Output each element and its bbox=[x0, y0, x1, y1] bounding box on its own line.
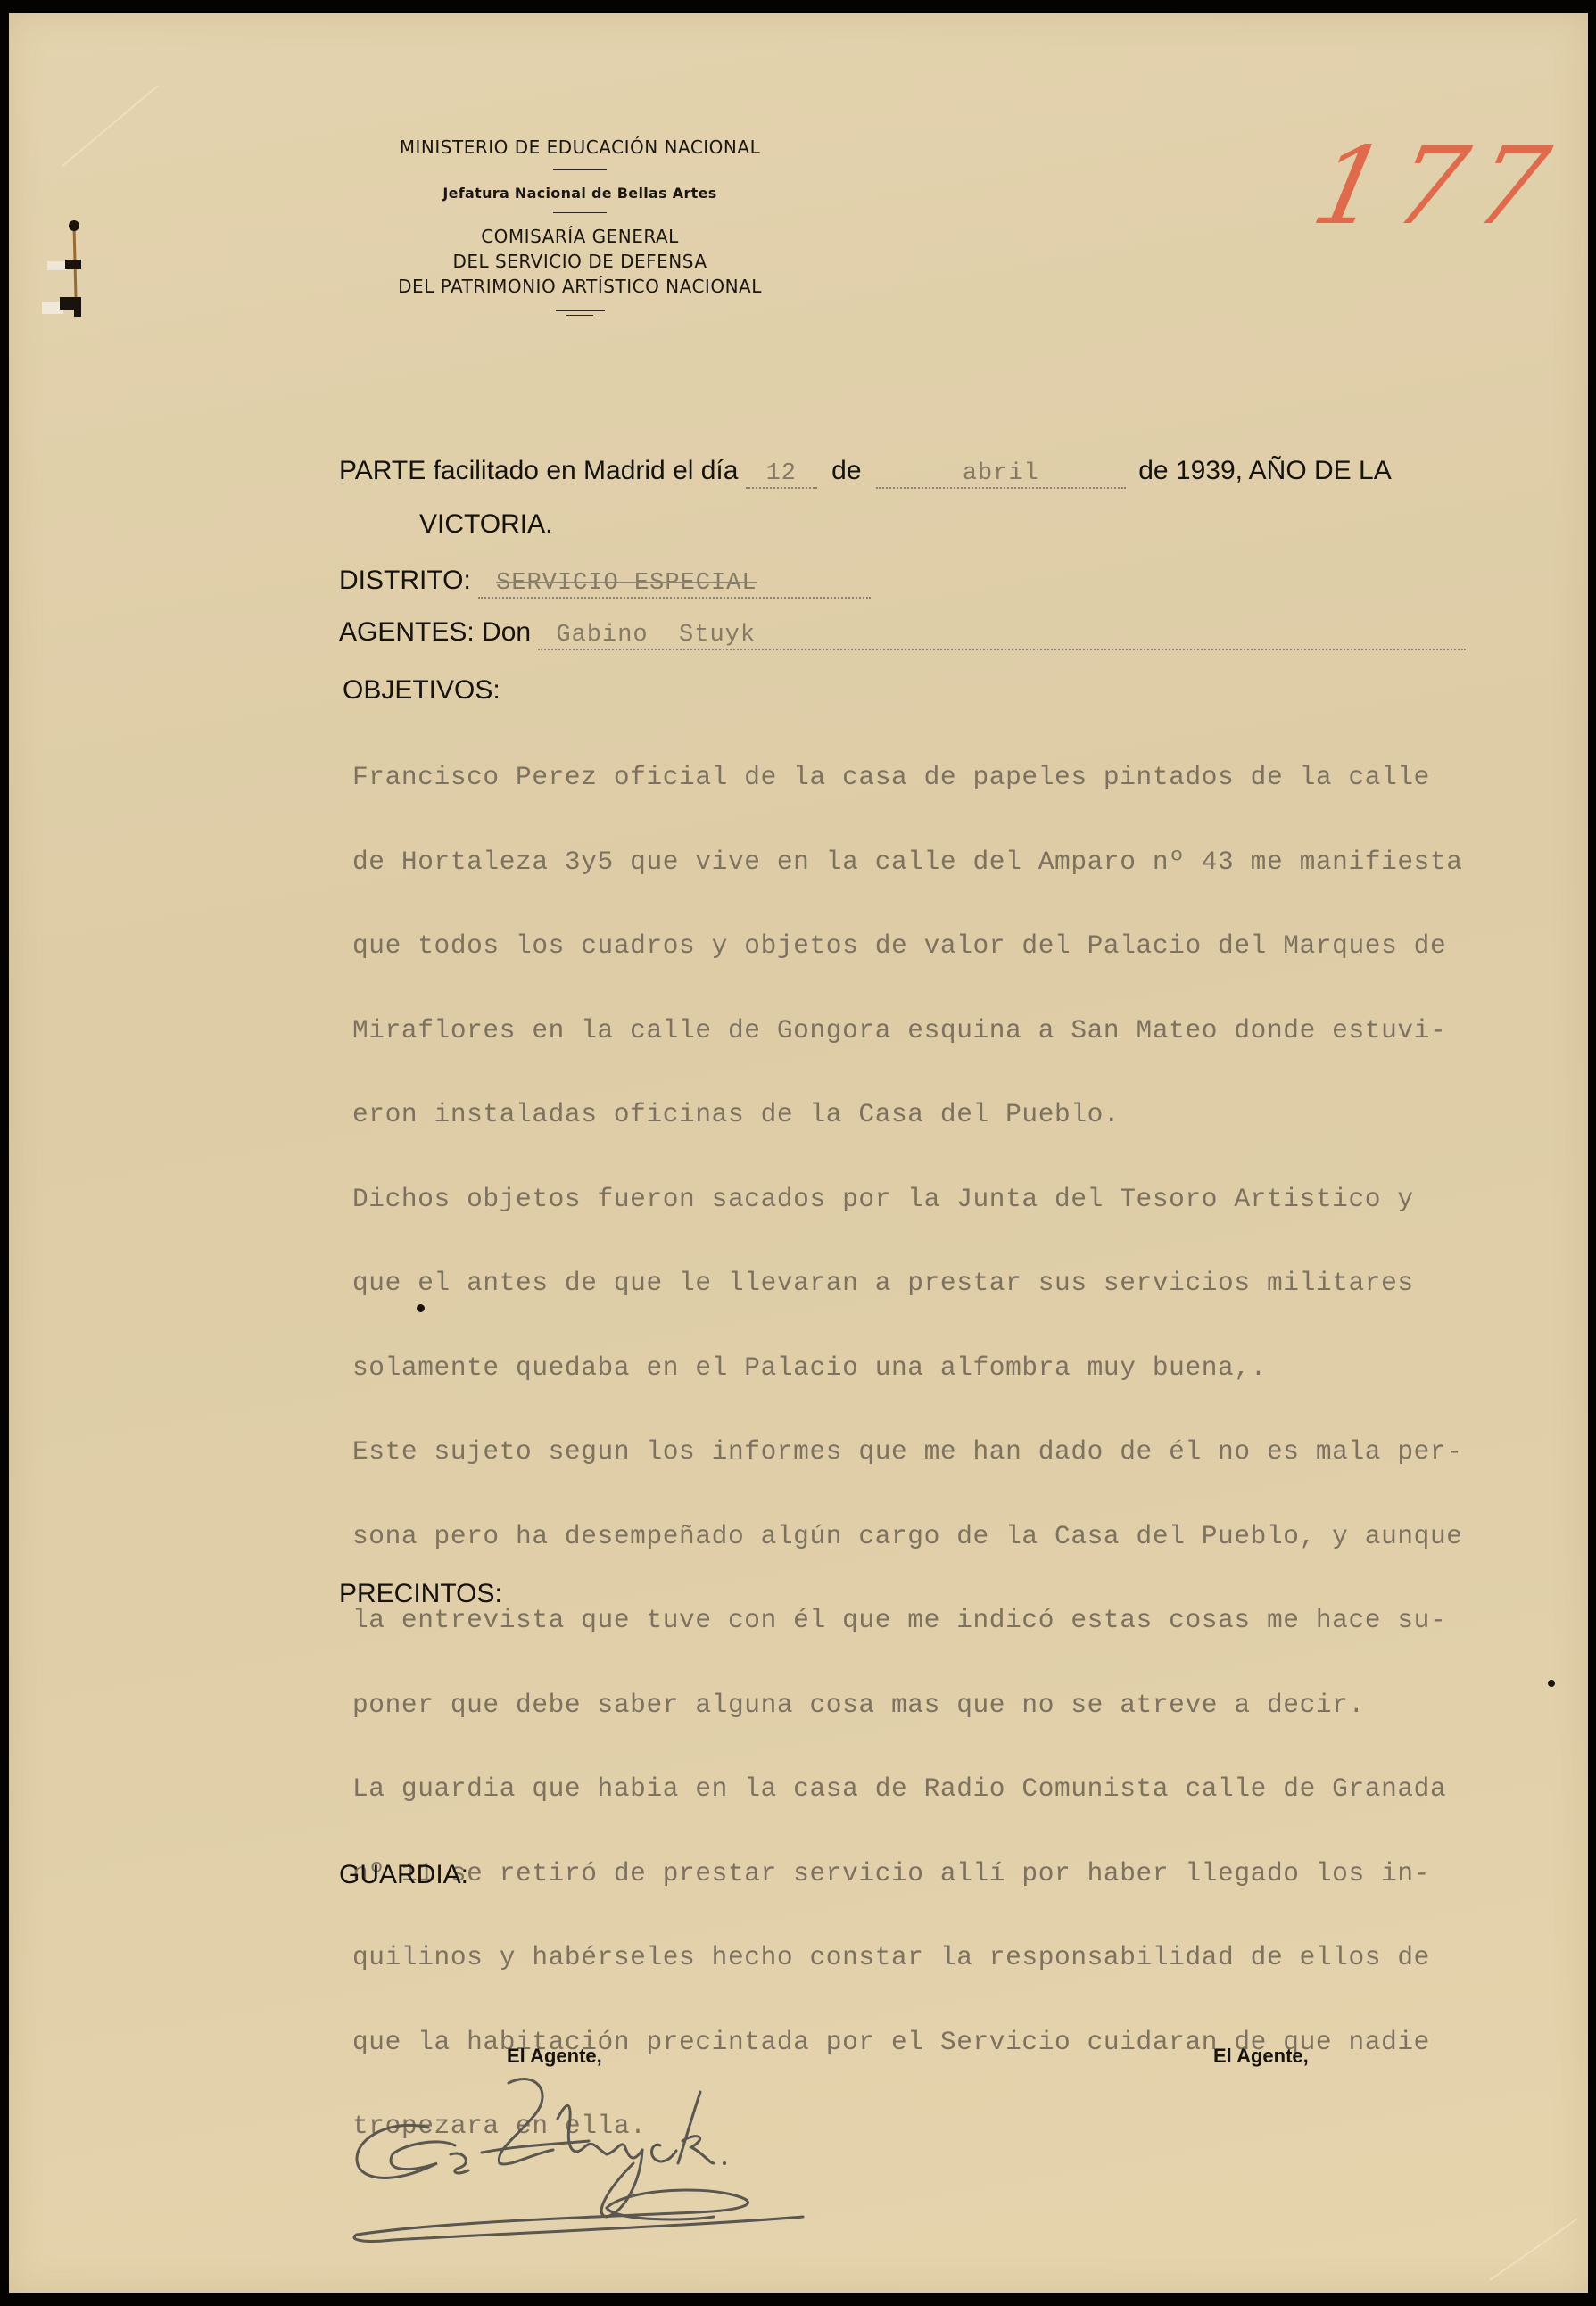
objetivos-line: que todos los cuadros y objetos de valor… bbox=[352, 932, 1584, 961]
distrito-line: DISTRITO: SERVICIO ESPECIAL bbox=[339, 566, 871, 599]
distrito-field: SERVICIO ESPECIAL bbox=[478, 570, 871, 599]
department-title: Jefatura Nacional de Bellas Artes bbox=[339, 185, 821, 202]
parte-line: PARTE facilitado en Madrid el día 12 de … bbox=[339, 456, 1392, 489]
parte-continuation: VICTORIA. bbox=[419, 509, 552, 540]
letterhead-rule bbox=[566, 315, 593, 316]
agentes-line: AGENTES: Don Gabino Stuyk bbox=[339, 617, 1466, 650]
ink-spot bbox=[1548, 1680, 1555, 1687]
agent-signature bbox=[339, 2065, 839, 2244]
distrito-label: DISTRITO: bbox=[339, 566, 471, 595]
folio-number: 177 bbox=[1302, 125, 1571, 249]
document-page: MINISTERIO DE EDUCACIÓN NACIONAL Jefatur… bbox=[9, 13, 1588, 2293]
parte-de: de bbox=[831, 456, 861, 485]
objetivos-line: sona pero ha desempeñado algún cargo de … bbox=[352, 1523, 1584, 1551]
objetivos-label: OBJETIVOS: bbox=[343, 675, 500, 706]
objetivos-line: Dichos objetos fueron sacados por la Jun… bbox=[352, 1186, 1584, 1214]
ink-spot bbox=[417, 1304, 425, 1312]
commission-line-3: DEL PATRIMONIO ARTÍSTICO NACIONAL bbox=[339, 276, 821, 297]
agentes-label: AGENTES: Don bbox=[339, 617, 531, 647]
objetivos-line: solamente quedaba en el Palacio una alfo… bbox=[352, 1354, 1584, 1383]
objetivos-line: quilinos y habérseles hecho constar la r… bbox=[352, 1944, 1584, 1972]
ministry-title: MINISTERIO DE EDUCACIÓN NACIONAL bbox=[339, 136, 821, 158]
letterhead-rule bbox=[553, 212, 607, 213]
objetivos-line: nº 11 se retiró de prestar servicio allí… bbox=[352, 1860, 1584, 1889]
commission-line-1: COMISARÍA GENERAL bbox=[339, 226, 821, 247]
objetivos-line: poner que debe saber alguna cosa mas que… bbox=[352, 1691, 1584, 1720]
month-field: abril bbox=[876, 460, 1126, 489]
paper-crease bbox=[1489, 2218, 1577, 2280]
letterhead: MINISTERIO DE EDUCACIÓN NACIONAL Jefatur… bbox=[339, 136, 821, 316]
objetivos-line: Miraflores en la calle de Gongora esquin… bbox=[352, 1017, 1584, 1046]
objetivos-line: Francisco Perez oficial de la casa de pa… bbox=[352, 764, 1584, 792]
objetivos-line: La guardia que habia en la casa de Radio… bbox=[352, 1775, 1584, 1804]
parte-prefix: PARTE facilitado en Madrid el día bbox=[339, 456, 738, 485]
commission-line-2: DEL SERVICIO DE DEFENSA bbox=[339, 251, 821, 272]
objetivos-text: Francisco Perez oficial de la casa de pa… bbox=[352, 707, 1584, 2197]
letterhead-rule bbox=[556, 310, 605, 311]
objetivos-line: eron instaladas oficinas de la Casa del … bbox=[352, 1101, 1584, 1129]
objetivos-line: la entrevista que tuve con él que me ind… bbox=[352, 1607, 1584, 1635]
objetivos-line: que el antes de que le llevaran a presta… bbox=[352, 1269, 1584, 1298]
letterhead-rule bbox=[553, 169, 607, 170]
agent-label-right: El Agente, bbox=[1213, 2045, 1309, 2068]
objetivos-line: Este sujeto segun los informes que me ha… bbox=[352, 1438, 1584, 1467]
precintos-label: PRECINTOS: bbox=[339, 1579, 502, 1609]
parte-suffix: de 1939, AÑO DE LA bbox=[1138, 456, 1392, 485]
guardia-label: GUARDIA: bbox=[339, 1860, 468, 1890]
binder-clip-icon bbox=[31, 208, 85, 324]
objetivos-line: de Hortaleza 3y5 que vive en la calle de… bbox=[352, 848, 1584, 877]
day-field: 12 bbox=[746, 460, 817, 489]
agentes-field: Gabino Stuyk bbox=[538, 622, 1466, 650]
paper-crease bbox=[62, 85, 159, 167]
